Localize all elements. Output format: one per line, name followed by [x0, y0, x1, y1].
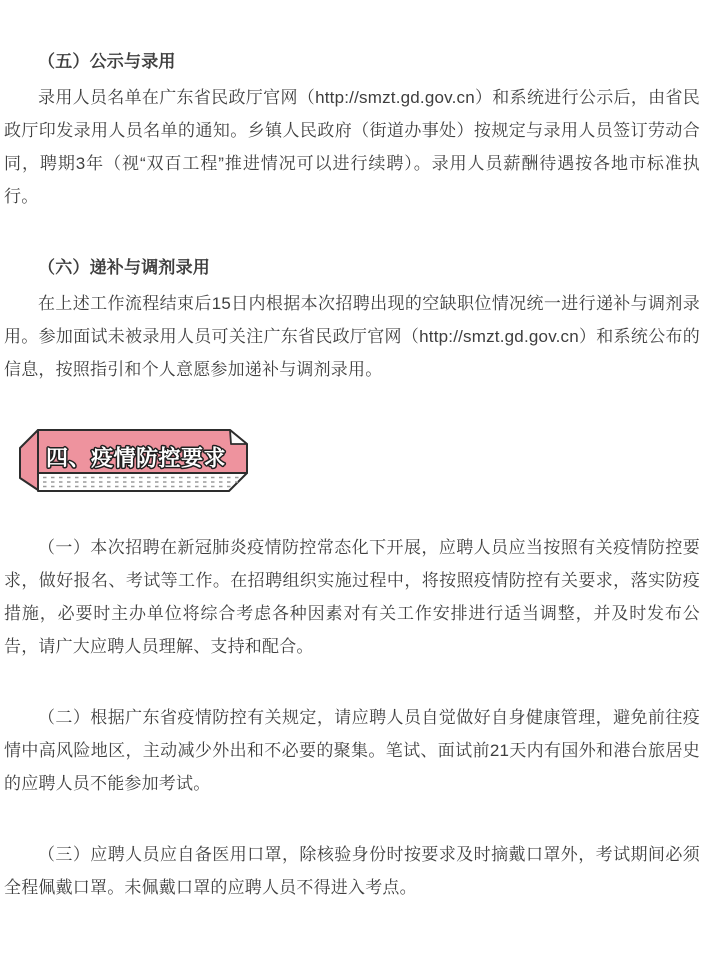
article-body: （五）公示与录用 录用人员名单在广东省民政厅官网（http://smzt.gd.… — [0, 0, 705, 978]
ribbon-banner-graphic: 四、疫情防控要求 — [12, 428, 254, 495]
ribbon-side-flap — [20, 430, 38, 490]
section-heading-5: （五）公示与录用 — [4, 45, 700, 78]
section-body-5: 录用人员名单在广东省民政厅官网（http://smzt.gd.gov.cn）和系… — [4, 81, 700, 213]
covid-para-2: （二）根据广东省疫情防控有关规定，请应聘人员自觉做好自身健康管理，避免前往疫情中… — [4, 701, 700, 800]
covid-section-banner: 四、疫情防控要求 — [12, 428, 254, 495]
section-heading-6: （六）递补与调剂录用 — [4, 251, 700, 284]
banner-title: 四、疫情防控要求 — [46, 445, 226, 470]
covid-para-1: （一）本次招聘在新冠肺炎疫情防控常态化下开展，应聘人员应当按照有关疫情防控要求，… — [4, 531, 700, 663]
covid-para-3: （三）应聘人员应自备医用口罩，除核验身份时按要求及时摘戴口罩外，考试期间必须全程… — [4, 838, 700, 904]
section-body-6: 在上述工作流程结束后15日内根据本次招聘出现的空缺职位情况统一进行递补与调剂录用… — [4, 287, 700, 386]
ribbon-fold-corner-icon — [230, 430, 247, 444]
